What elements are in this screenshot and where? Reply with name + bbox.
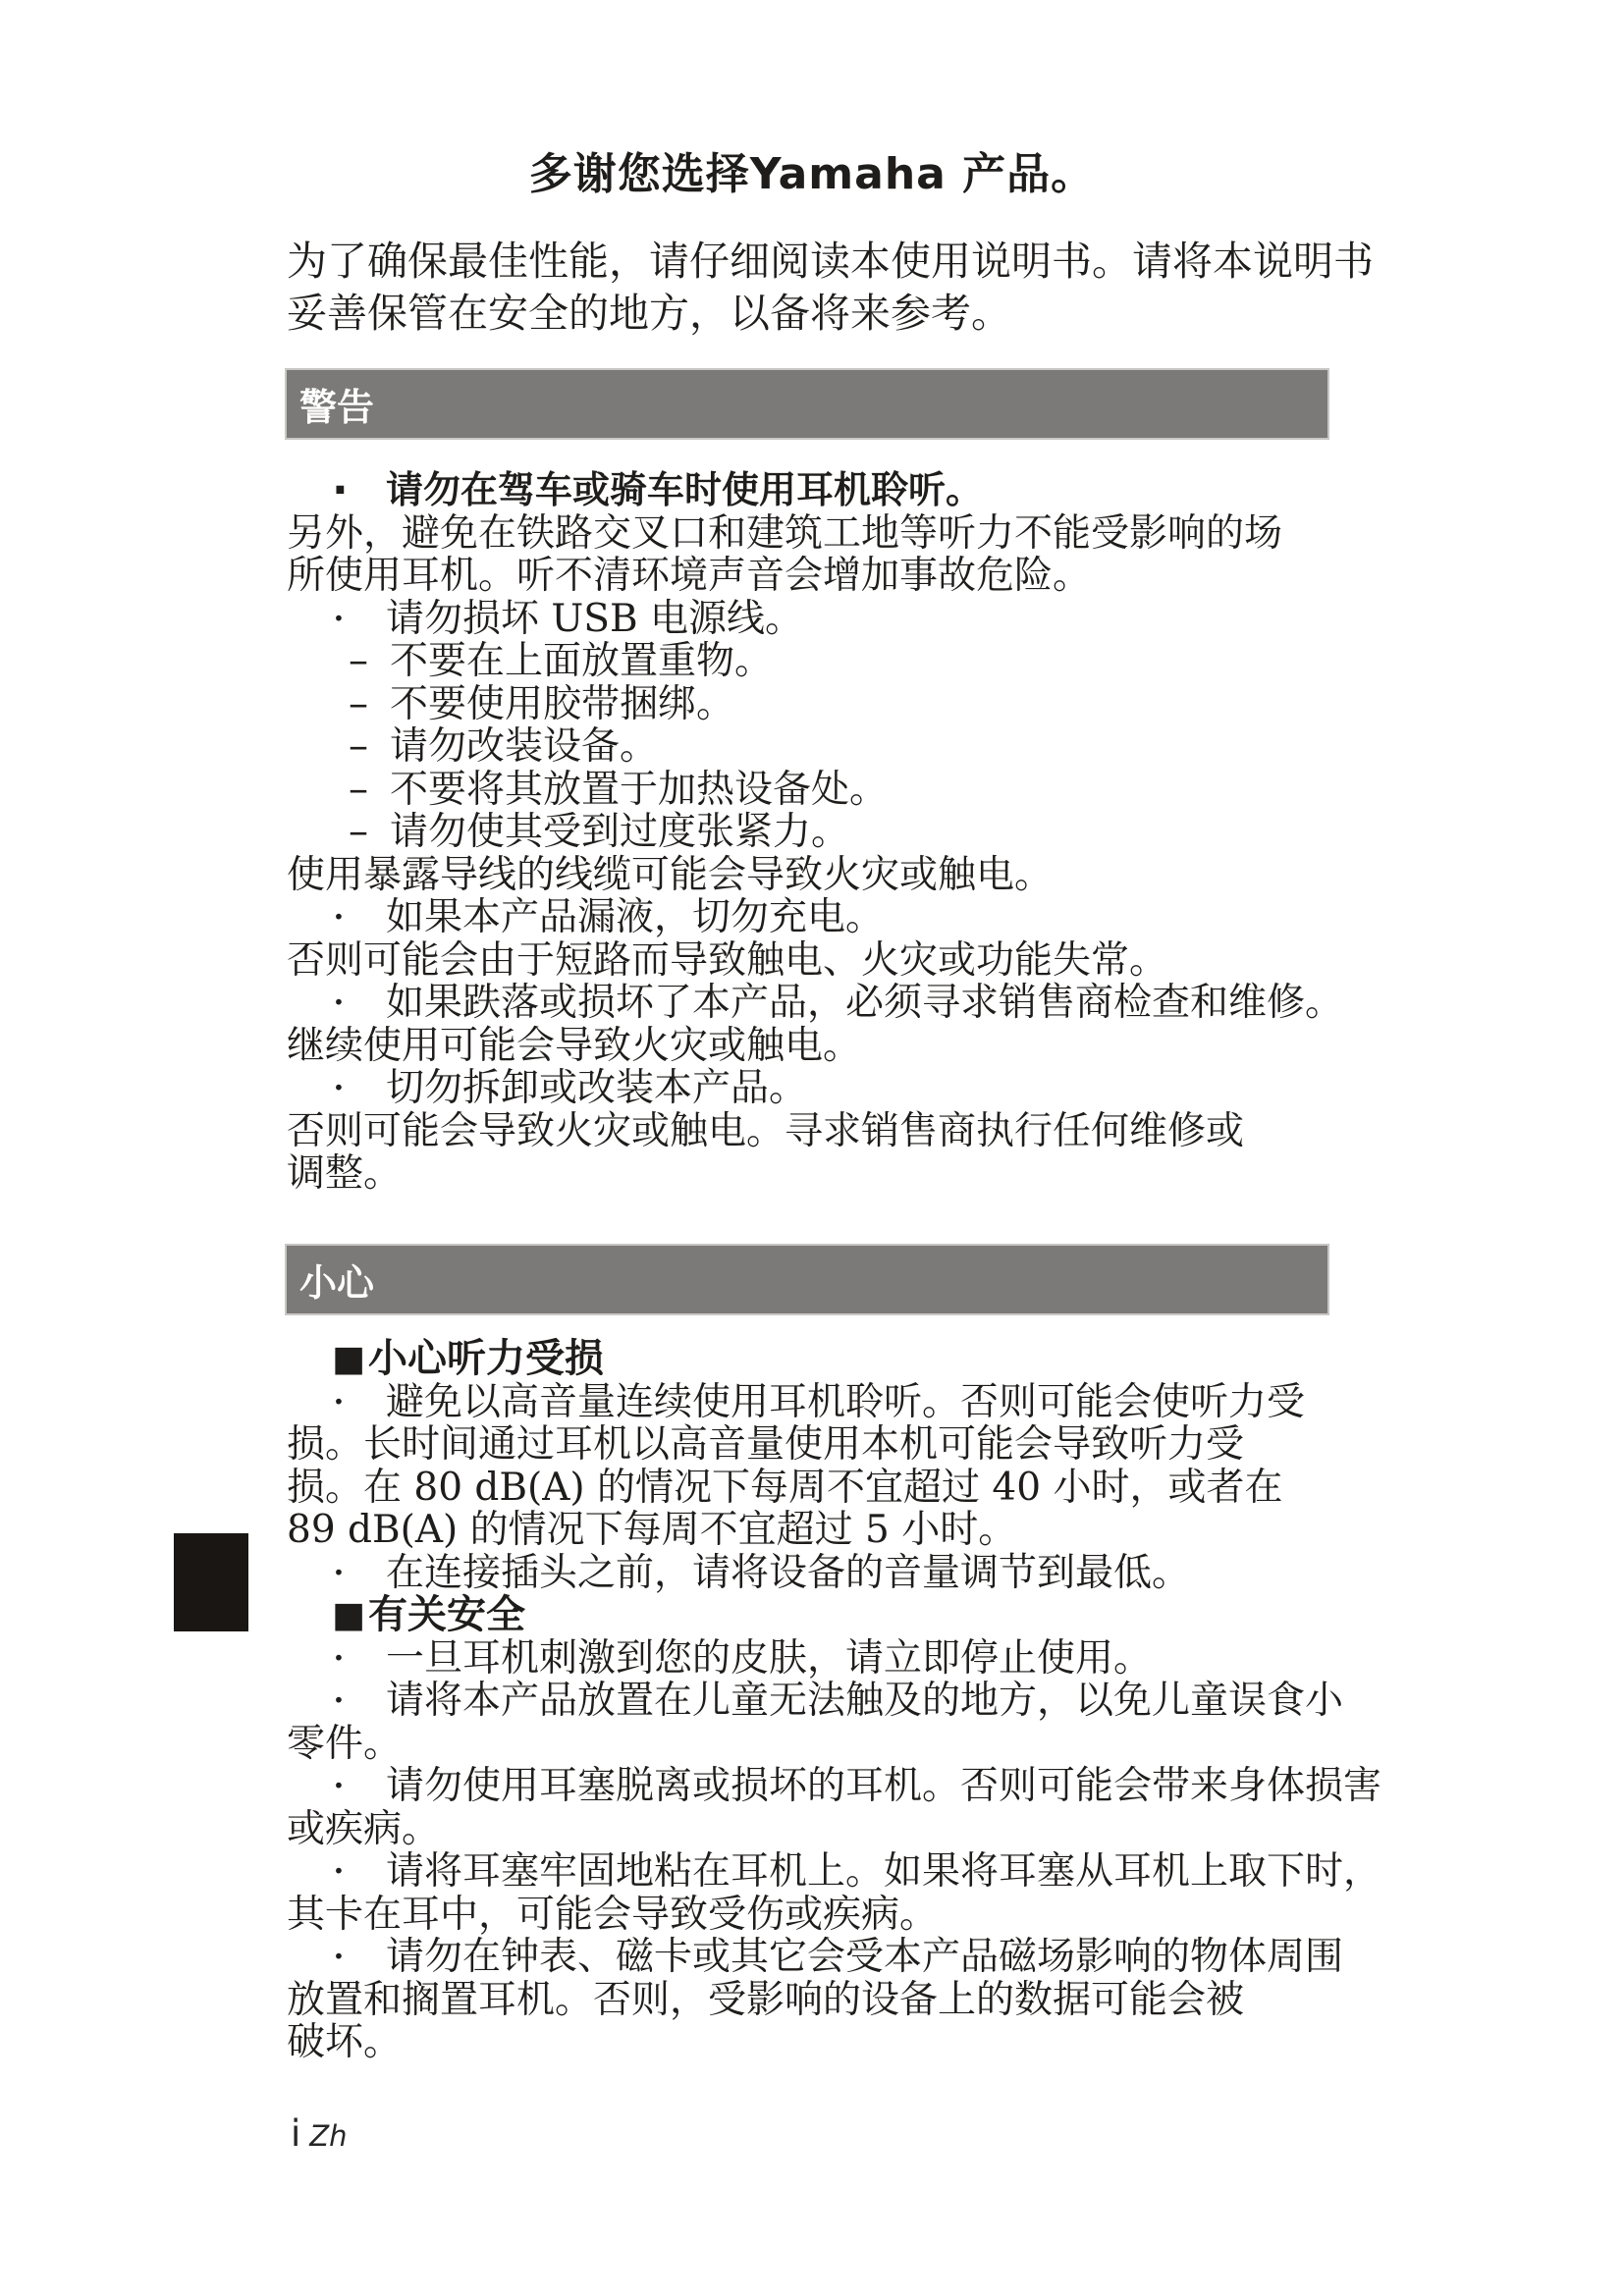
bullet-marker: · [332,1850,346,1894]
square-marker: ■ [332,1595,365,1635]
dash-marker: – [349,811,368,854]
bullet-marker: · [332,1680,346,1723]
bullet-marker: · [332,1067,346,1110]
line-text: 有关安全 [368,1594,525,1637]
text-line: 其卡在耳中，可能会导致受伤或疾病。 [287,1894,1504,1937]
bullet-marker: · [332,1765,346,1808]
line-text: 另外，避免在铁路交叉口和建筑工地等听力不能受影响的场 [287,512,1282,556]
text-line: 破坏。 [287,2021,1504,2064]
line-text: 损。在 80 dB(A) 的情况下每周不宜超过 40 小时，或者在 [287,1467,1282,1510]
text-line: ·请将耳塞牢固地粘在耳机上。如果将耳塞从耳机上取下时， [287,1850,1504,1894]
text-line: 调整。 [287,1152,1504,1196]
side-tab-marker [174,1533,248,1631]
line-text: 所使用耳机。听不清环境声音会增加事故危险。 [287,555,1091,598]
bullet-marker: · [332,598,346,641]
caution-section-body: ■小心听力受损·避免以高音量连续使用耳机聆听。否则可能会使听力受损。长时间通过耳… [287,1338,1504,2064]
text-line: ·请将本产品放置在儿童无法触及的地方，以免儿童误食小 [287,1680,1504,1723]
line-text: 损。长时间通过耳机以高音量使用本机可能会导致听力受 [287,1423,1244,1467]
text-line: 继续使用可能会导致火灾或触电。 [287,1025,1504,1068]
bullet-marker: · [332,1381,346,1424]
text-line: –不要将其放置于加热设备处。 [287,769,1504,812]
square-marker: ■ [332,1339,365,1379]
warning-section-body: ·请勿在驾车或骑车时使用耳机聆听。另外，避免在铁路交叉口和建筑工地等听力不能受影… [287,469,1504,1196]
bullet-marker: · [332,469,349,512]
line-text: 放置和搁置耳机。否则，受影响的设备上的数据可能会被 [287,1979,1244,2022]
manual-page: 多谢您选择Yamaha 产品。 为了确保最佳性能，请仔细阅读本使用说明书。请将本… [0,0,1624,2296]
text-line: 零件。 [287,1723,1504,1766]
line-text: 不要将其放置于加热设备处。 [287,769,888,812]
line-text: 请勿损坏 USB 电源线。 [287,598,803,641]
text-line: –不要使用胶带捆绑。 [287,683,1504,726]
text-line: ·如果本产品漏液，切勿充电。 [287,896,1504,939]
line-text: 请勿在钟表、磁卡或其它会受本产品磁场影响的物体周围 [287,1936,1343,1979]
text-line: –请勿改装设备。 [287,725,1504,769]
line-text: 如果跌落或损坏了本产品，必须寻求销售商检查和维修。 [287,982,1343,1025]
text-line: ■小心听力受损 [287,1338,1504,1381]
line-text: 调整。 [287,1152,402,1196]
dash-marker: – [349,725,368,769]
line-text: 请勿使其受到过度张紧力。 [287,811,849,854]
line-text: 请将本产品放置在儿童无法触及的地方，以免儿童误食小 [287,1680,1343,1723]
intro-line: 为了确保最佳性能，请仔细阅读本使用说明书。请将本说明书 [287,236,1506,288]
dash-marker: – [349,640,368,683]
caution-banner-label: 小心 [299,1253,374,1307]
line-text: 在连接插头之前，请将设备的音量调节到最低。 [287,1552,1190,1595]
text-line: ■有关安全 [287,1594,1504,1637]
text-line: ·如果跌落或损坏了本产品，必须寻求销售商检查和维修。 [287,982,1504,1025]
text-line: ·一旦耳机刺激到您的皮肤，请立即停止使用。 [287,1637,1504,1681]
text-line: ·请勿损坏 USB 电源线。 [287,598,1504,641]
line-text: 如果本产品漏液，切勿充电。 [287,896,884,939]
line-text: 零件。 [287,1723,402,1766]
line-text: 或疾病。 [287,1808,440,1851]
line-text: 一旦耳机刺激到您的皮肤，请立即停止使用。 [287,1637,1152,1681]
bullet-marker: · [332,982,346,1025]
line-text: 否则可能会导致火灾或触电。寻求销售商执行任何维修或 [287,1110,1244,1153]
line-text: 切勿拆卸或改装本产品。 [287,1067,807,1110]
warning-banner-label: 警告 [299,377,374,431]
text-line: 所使用耳机。听不清环境声音会增加事故危险。 [287,555,1504,598]
dash-marker: – [349,683,368,726]
line-text: 否则可能会由于短路而导致触电、火灾或功能失常。 [287,939,1167,983]
text-line: –请勿使其受到过度张紧力。 [287,811,1504,854]
line-text: 请勿在驾车或骑车时使用耳机聆听。 [287,469,983,512]
line-text: 小心听力受损 [368,1338,604,1381]
text-line: ·避免以高音量连续使用耳机聆听。否则可能会使听力受 [287,1381,1504,1424]
text-line: 使用暴露导线的线缆可能会导致火灾或触电。 [287,854,1504,897]
line-text: 请勿改装设备。 [287,725,658,769]
intro-paragraph: 为了确保最佳性能，请仔细阅读本使用说明书。请将本说明书妥善保管在安全的地方，以备… [287,236,1506,340]
text-line: 否则可能会由于短路而导致触电、火灾或功能失常。 [287,939,1504,983]
bullet-marker: · [332,896,346,939]
text-line: 另外，避免在铁路交叉口和建筑工地等听力不能受影响的场 [287,512,1504,556]
text-line: ·切勿拆卸或改装本产品。 [287,1067,1504,1110]
line-text: 89 dB(A) 的情况下每周不宜超过 5 小时。 [287,1509,1016,1552]
bullet-marker: · [332,1637,346,1681]
footer-language-code: Zh [309,2119,347,2153]
text-line: 放置和搁置耳机。否则，受影响的设备上的数据可能会被 [287,1979,1504,2022]
text-line: ·请勿使用耳塞脱离或损坏的耳机。否则可能会带来身体损害 [287,1765,1504,1808]
caution-banner: 小心 [285,1244,1329,1315]
line-text: 继续使用可能会导致火灾或触电。 [287,1025,861,1068]
text-line: 否则可能会导致火灾或触电。寻求销售商执行任何维修或 [287,1110,1504,1153]
line-text: 使用暴露导线的线缆可能会导致火灾或触电。 [287,854,1053,897]
page-footer: iZh [291,2112,348,2155]
text-line: ·请勿在钟表、磁卡或其它会受本产品磁场影响的物体周围 [287,1936,1504,1979]
bullet-marker: · [332,1552,346,1595]
text-line: ·请勿在驾车或骑车时使用耳机聆听。 [287,469,1504,512]
intro-line: 妥善保管在安全的地方，以备将来参考。 [287,288,1506,340]
line-text: 其卡在耳中，可能会导致受伤或疾病。 [287,1894,938,1937]
warning-banner: 警告 [285,368,1329,440]
text-line: 或疾病。 [287,1808,1504,1851]
line-text: 请勿使用耳塞脱离或损坏的耳机。否则可能会带来身体损害 [287,1765,1381,1808]
line-text: 破坏。 [287,2021,402,2064]
line-text: 请将耳塞牢固地粘在耳机上。如果将耳塞从耳机上取下时， [287,1850,1381,1894]
text-line: 损。在 80 dB(A) 的情况下每周不宜超过 40 小时，或者在 [287,1467,1504,1510]
text-line: –不要在上面放置重物。 [287,640,1504,683]
dash-marker: – [349,769,368,812]
line-text: 避免以高音量连续使用耳机聆听。否则可能会使听力受 [287,1381,1305,1424]
text-line: ·在连接插头之前，请将设备的音量调节到最低。 [287,1552,1504,1595]
bullet-marker: · [332,1936,346,1979]
footer-page-number: i [291,2112,300,2155]
text-line: 损。长时间通过耳机以高音量使用本机可能会导致听力受 [287,1423,1504,1467]
page-title: 多谢您选择Yamaha 产品。 [0,151,1624,198]
text-line: 89 dB(A) 的情况下每周不宜超过 5 小时。 [287,1509,1504,1552]
